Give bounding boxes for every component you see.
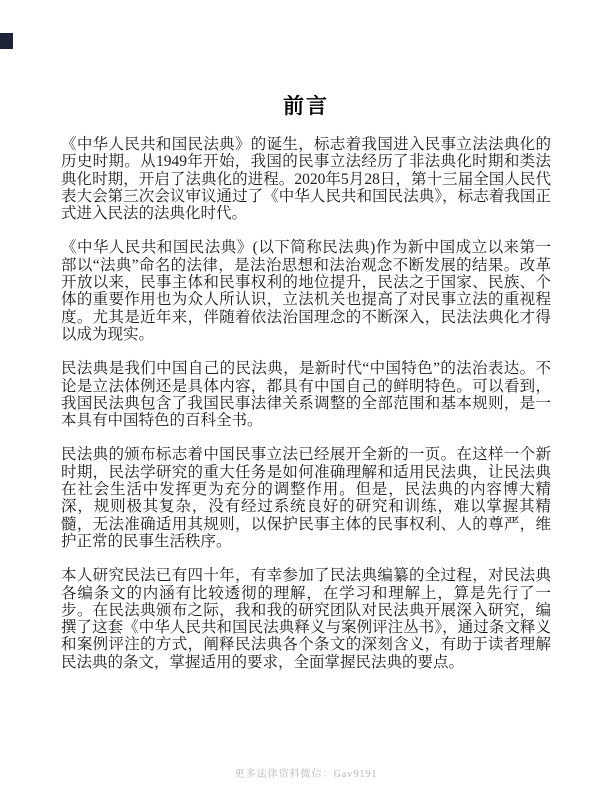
corner-mark bbox=[0, 33, 13, 49]
preface-body: 《中华人民共和国民法典》的诞生，标志着我国进入民事立法法典化的历史时期。从194… bbox=[61, 136, 551, 671]
paragraph: 《中华人民共和国民法典》(以下简称民法典)作为新中国成立以来第一部以“法典”命名… bbox=[61, 239, 551, 343]
page-title: 前言 bbox=[0, 0, 612, 120]
paragraph: 《中华人民共和国民法典》的诞生，标志着我国进入民事立法法典化的历史时期。从194… bbox=[61, 136, 551, 222]
document-page: 前言 《中华人民共和国民法典》的诞生，标志着我国进入民事立法法典化的历史时期。从… bbox=[0, 0, 612, 792]
paragraph: 本人研究民法已有四十年，有幸参加了民法典编纂的全过程，对民法典各编条文的内涵有比… bbox=[61, 567, 551, 671]
footer-watermark: 更多法律资料微信：Gav9191 bbox=[0, 765, 612, 780]
paragraph: 民法典是我们中国自己的民法典，是新时代“中国特色”的法治表达。不论是立法体例还是… bbox=[61, 360, 551, 429]
paragraph: 民法典的颁布标志着中国民事立法已经展开全新的一页。在这样一个新时期，民法学研究的… bbox=[61, 446, 551, 550]
